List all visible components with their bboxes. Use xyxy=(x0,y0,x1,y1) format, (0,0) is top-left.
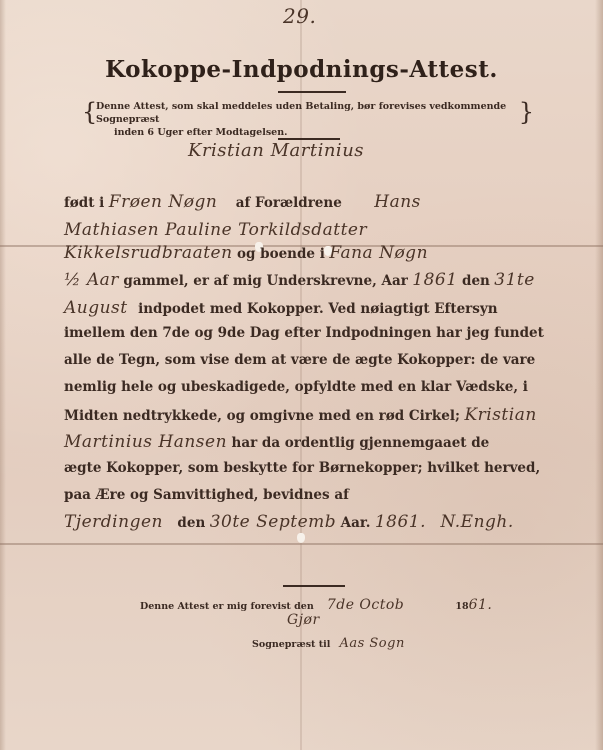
body-line-5: August indpodet med Kokopper. Ved nøiagt… xyxy=(64,298,498,318)
body-line-11: ægte Kokopper, som beskytte for Børnekop… xyxy=(64,460,540,476)
body-line-8: nemlig hele og ubeskadigede, opfyldte me… xyxy=(64,379,528,395)
body-line-9: Midten nedtrykkede, og omgivne med en rø… xyxy=(64,405,537,425)
paper-edge-right xyxy=(595,0,603,750)
brace-left: { xyxy=(82,99,97,125)
text: gammel, er af mig Underskrevne, Aar xyxy=(123,273,407,289)
brace-right: } xyxy=(519,99,534,125)
month: August xyxy=(64,298,128,318)
text: Sognepræst til xyxy=(252,639,330,650)
text: har da ordentlig gjennemgaaet de xyxy=(232,435,490,451)
text: Midten nedtrykkede, og omgivne med en rø… xyxy=(64,408,460,424)
text: af Forældrene xyxy=(236,195,342,211)
vaccination-certificate: 29. Kokoppe-Indpodnings-Attest. { Denne … xyxy=(0,0,603,750)
parish: Aas Sogn xyxy=(339,636,404,651)
sign-year: 1861. xyxy=(375,512,426,532)
page-number: 29. xyxy=(283,4,316,28)
age: ½ Aar xyxy=(64,270,119,290)
body-line-2: Mathiasen Pauline Torkildsdatter xyxy=(64,220,367,240)
body-line-4: ½ Aar gammel, er af mig Underskrevne, Aa… xyxy=(64,270,535,290)
text: imellem den 7de og 9de Dag efter Indpodn… xyxy=(64,325,544,341)
paper-edge-left xyxy=(0,0,6,750)
text: nemlig hele og ubeskadigede, opfyldte me… xyxy=(64,379,528,395)
text: den xyxy=(462,273,490,289)
parents-names: Mathiasen Pauline Torkildsdatter xyxy=(64,220,367,240)
body-line-10: Martinius Hansen har da ordentlig gjenne… xyxy=(64,432,489,452)
footer-line-1: Denne Attest er mig forevist den 7de Oct… xyxy=(140,594,492,613)
footer-line-3: Sognepræst til Aas Sogn xyxy=(252,632,405,651)
text: og boende i xyxy=(237,246,325,262)
text: indpodet med Kokopper. Ved nøiagtigt Eft… xyxy=(138,301,497,317)
text: 18 xyxy=(455,601,468,612)
text: alle de Tegn, som vise dem at være de æg… xyxy=(64,352,535,368)
presented-date: 7de Octob xyxy=(327,597,404,613)
text: Aar. xyxy=(341,515,371,531)
birthplace: Frøen Nøgn xyxy=(109,192,218,212)
priest-signature: Gjør xyxy=(287,612,320,628)
body-line-13: Tjerdingen den 30te Septemb Aar. 1861. N… xyxy=(64,512,514,532)
date: 30te Septemb xyxy=(210,512,336,532)
body-line-1: født i Frøen Nøgn af Forældrene Hans xyxy=(64,192,421,212)
paper-hole xyxy=(297,533,305,543)
presented-year: 61. xyxy=(469,597,493,613)
text: den xyxy=(177,515,205,531)
year: 1861 xyxy=(412,270,457,290)
text: Denne Attest er mig forevist den xyxy=(140,601,314,612)
notice-text: { Denne Attest, som skal meddeles uden B… xyxy=(92,100,522,139)
day: 31te xyxy=(494,270,535,290)
notice-line-1: Denne Attest, som skal meddeles uden Bet… xyxy=(92,100,522,126)
father-name: Hans xyxy=(374,192,421,212)
body-line-6: imellem den 7de og 9de Dag efter Indpodn… xyxy=(64,325,544,341)
text: paa Ære og Samvittighed, bevidnes af xyxy=(64,487,349,503)
text: født i xyxy=(64,195,104,211)
child-first-name: Kristian xyxy=(464,405,536,425)
child-surname: Martinius Hansen xyxy=(64,432,227,452)
residence: Fana Nøgn xyxy=(329,243,428,263)
child-name-header: Kristian Martinius xyxy=(188,140,364,161)
place: Tjerdingen xyxy=(64,512,163,532)
text: ægte Kokopper, som beskytte for Børnekop… xyxy=(64,460,540,476)
title-rule xyxy=(278,91,346,93)
document-title: Kokoppe-Indpodnings-Attest. xyxy=(0,56,603,83)
body-line-12: paa Ære og Samvittighed, bevidnes af xyxy=(64,487,349,503)
body-line-3: Kikkelsrudbraaten og boende i Fana Nøgn xyxy=(64,243,428,263)
farm-name: Kikkelsrudbraaten xyxy=(64,243,233,263)
footer-rule xyxy=(283,585,345,587)
vaccinator-signature: N.Engh. xyxy=(440,512,513,532)
body-line-7: alle de Tegn, som vise dem at være de æg… xyxy=(64,352,535,368)
